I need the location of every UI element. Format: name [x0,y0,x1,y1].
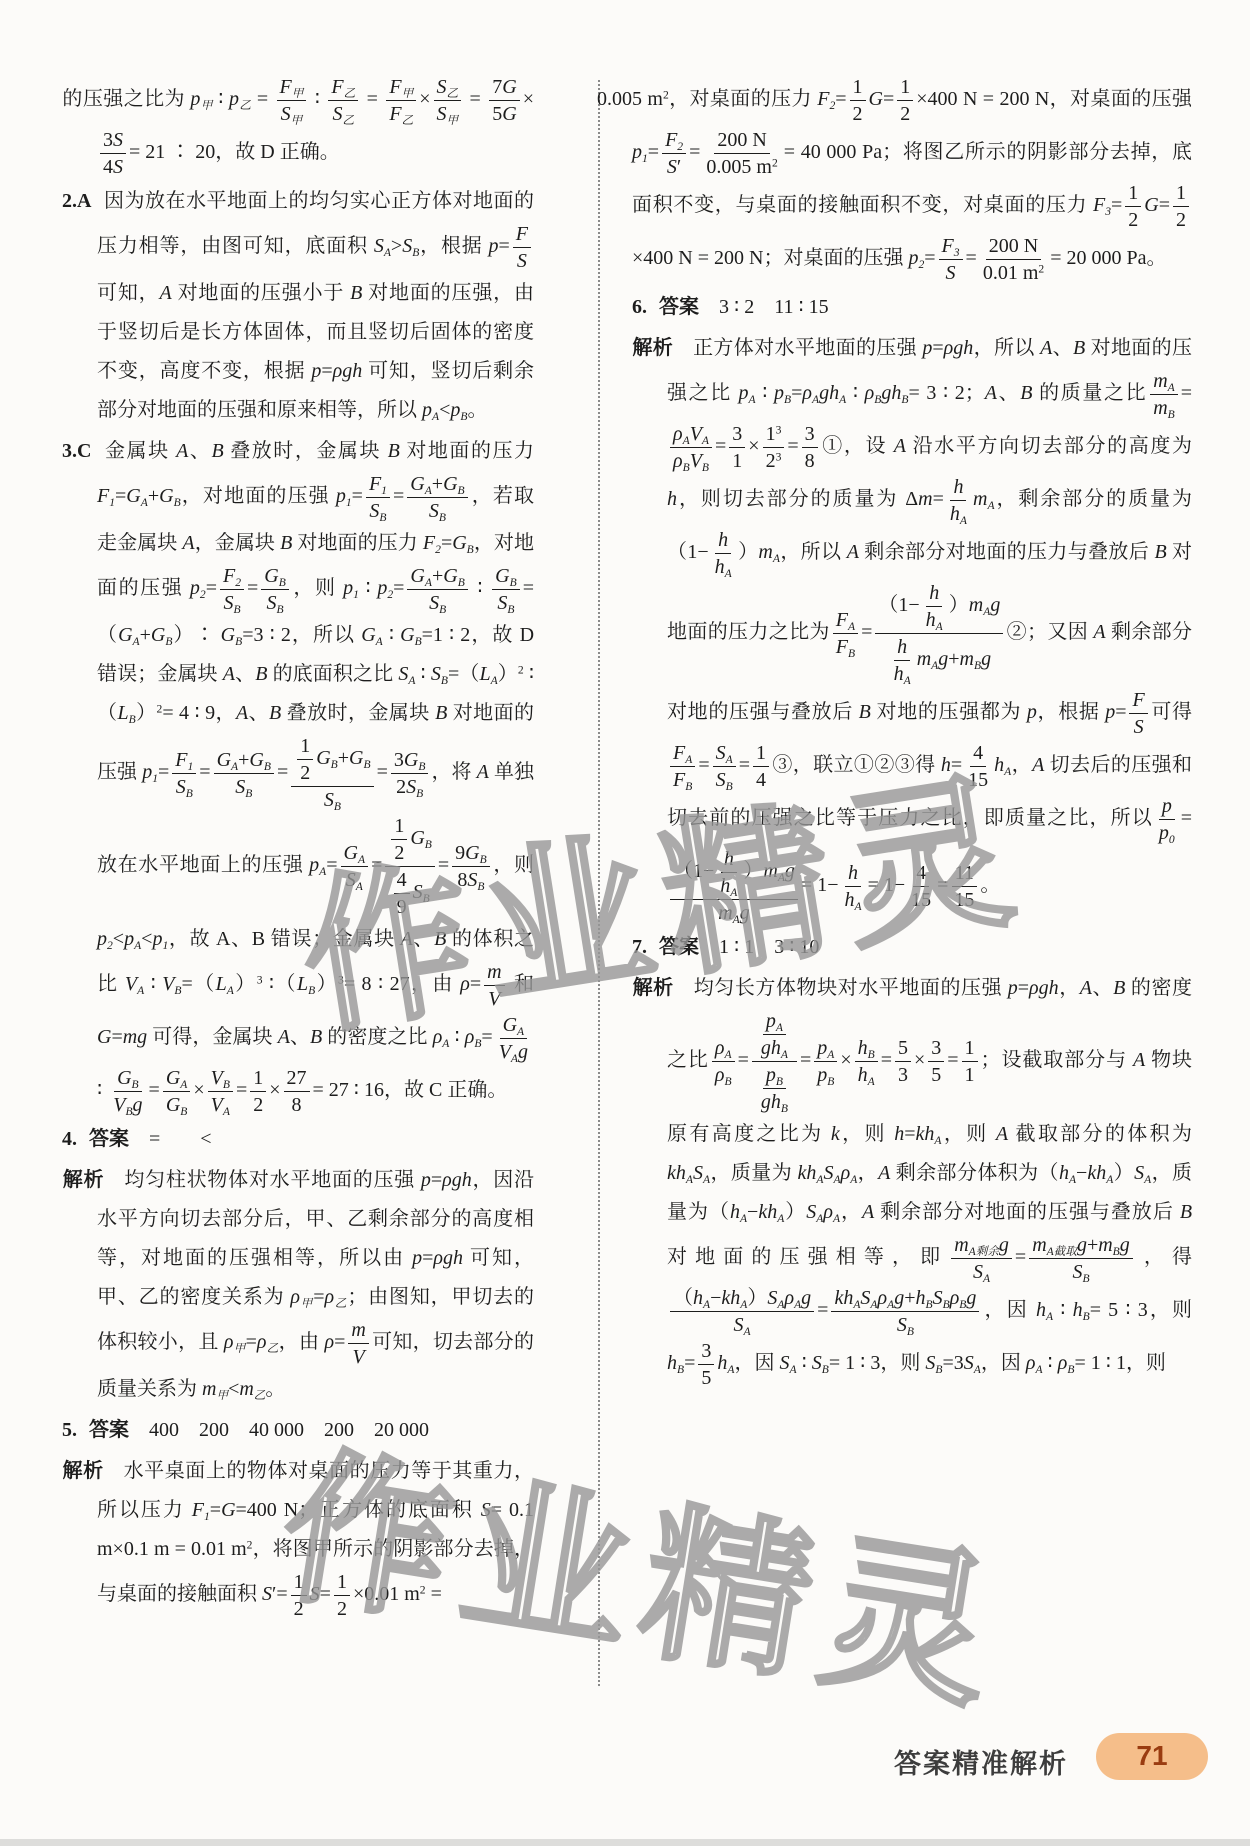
answer-line-item-6: 6.答案3 ∶ 2 11 ∶ 15 [632,288,1192,327]
answer-head: 答案 [659,296,699,318]
answer-head: 答案 [659,936,699,958]
solution-text: 水平桌面上的物体对桌面的压力等于其重力，所以压力 F1=G=400 N；正方体的… [97,1460,534,1605]
solution-text: 因为放在水平地面上的均匀实心正方体对地面的压力相等，由图可知，底面积 SA>SB… [97,190,534,421]
item-number: 4. [62,1120,77,1159]
solution-text: 均匀长方体物块对水平地面的压强 p=ρgh，A、B 的密度之比ρAρB=pAgh… [667,977,1192,1374]
analysis-item-7: 解析均匀长方体物块对水平地面的压强 p=ρgh，A、B 的密度之比ρAρB=pA… [632,969,1192,1391]
item-number: 3.C [62,432,91,471]
page-number-badge: 71 [1096,1733,1208,1780]
answer-values: 400 200 40 000 200 20 000 [149,1419,429,1441]
solution-text: 金属块 A、B 叠放时，金属块 B 对地面的压力 F1=GA+GB，对地面的压强… [97,440,534,1101]
answer-line-item-4: 4.答案= < [62,1120,534,1159]
answer-head: 答案 [89,1419,129,1441]
answer-values: 1 ∶ 1 3 ∶ 10 [719,936,819,958]
item-5-continuation: 0.005 m2，对桌面的压力 F2=12G=12×400 N = 200 N，… [632,74,1192,286]
item-1-continuation: 的压强之比为 p甲 ∶ p乙 = F甲S甲 ∶ F乙S乙 = F甲F乙×S乙S甲… [62,74,534,180]
footer-section-label: 答案精准解析 [894,1738,1068,1791]
item-number: 7. [632,928,647,967]
solution-text: 0.005 m2，对桌面的压力 F2=12G=12×400 N = 200 N，… [597,88,1192,269]
answer-key-page: 作业精灵 作业精灵 的压强之比为 p甲 ∶ p乙 = F甲S甲 ∶ F乙S乙 =… [0,0,1250,1846]
analysis-head: 解析 [62,1169,104,1191]
answer-line-item-7: 7.答案1 ∶ 1 3 ∶ 10 [632,928,1192,967]
solution-text: 均匀柱状物体对水平地面的压强 p=ρgh，因沿水平方向切去部分后，甲、乙剩余部分… [97,1169,534,1400]
page-bottom-edge [0,1839,1250,1846]
item-number: 6. [632,288,647,327]
answer-values: = < [149,1128,212,1150]
solution-text: 正方体对水平地面的压强 p=ρgh，所以 A、B 对地面的压强之比 pA ∶ p… [667,337,1192,896]
right-column: 0.005 m2，对桌面的压力 F2=12G=12×400 N = 200 N，… [632,74,1192,1393]
analysis-head: 解析 [62,1460,104,1482]
answer-line-item-5: 5.答案400 200 40 000 200 20 000 [62,1411,534,1450]
analysis-head: 解析 [632,977,674,999]
answer-values: 3 ∶ 2 11 ∶ 15 [719,296,829,318]
analysis-head: 解析 [632,337,673,359]
answer-head: 答案 [89,1128,129,1150]
column-divider [598,80,600,1686]
solution-text: 的压强之比为 p甲 ∶ p乙 = F甲S甲 ∶ F乙S乙 = F甲F乙×S乙S甲… [62,88,534,163]
page-footer: 答案精准解析 71 [0,1733,1250,1783]
choice-answer-item-2: 2.A因为放在水平地面上的均匀实心正方体对地面的压力相等，由图可知，底面积 SA… [62,182,534,430]
left-column: 的压强之比为 p甲 ∶ p乙 = F甲S甲 ∶ F乙S乙 = F甲F乙×S乙S甲… [62,74,534,1624]
item-number: 2.A [62,182,91,221]
item-number: 5. [62,1411,77,1450]
analysis-item-4: 解析均匀柱状物体对水平地面的压强 p=ρgh，因沿水平方向切去部分后，甲、乙剩余… [62,1161,534,1409]
analysis-item-5: 解析水平桌面上的物体对桌面的压力等于其重力，所以压力 F1=G=400 N；正方… [62,1452,534,1622]
choice-answer-item-3: 3.C金属块 A、B 叠放时，金属块 B 对地面的压力 F1=GA+GB，对地面… [62,432,534,1118]
analysis-item-6: 解析正方体对水平地面的压强 p=ρgh，所以 A、B 对地面的压强之比 pA ∶… [632,329,1192,926]
